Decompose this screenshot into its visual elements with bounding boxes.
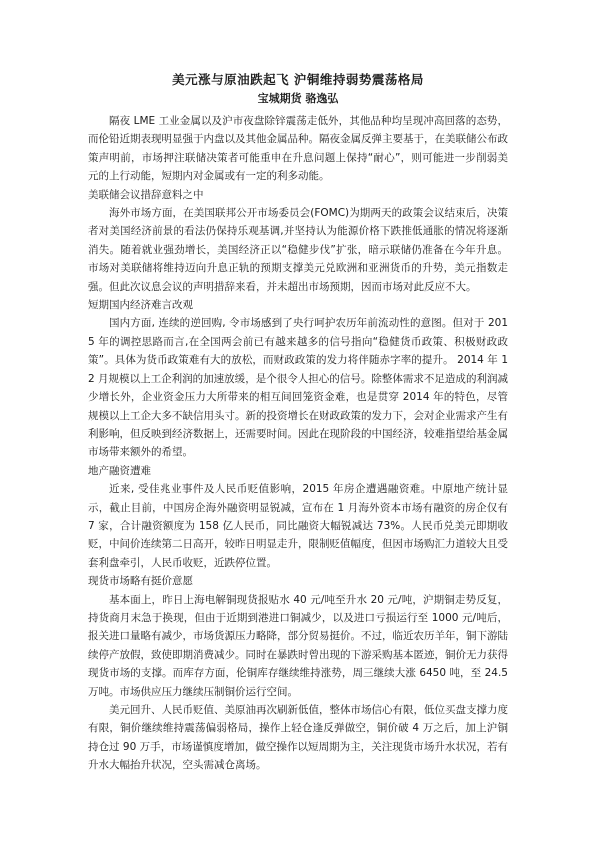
body-paragraph: 美元回升、人民币贬值、美原油再次刷新低值，整体市场信心有限，低位买盘支撑力度有限… <box>88 701 508 775</box>
section-heading: 地产融资遭难 <box>88 462 508 480</box>
document-page: 美元涨与原油跌起飞 沪铜维持弱势震荡格局 宝城期货 骆逸弘 隔夜 LME 工业金… <box>0 0 595 842</box>
section-heading: 短期国内经济难言改观 <box>88 296 508 314</box>
body-paragraph: 基本面上，昨日上海电解铜现货报贴水 40 元/吨至升水 20 元/吨，沪期铜走势… <box>88 591 508 701</box>
article: 美元涨与原油跌起飞 沪铜维持弱势震荡格局 宝城期货 骆逸弘 隔夜 LME 工业金… <box>88 70 508 775</box>
section-heading: 现货市场略有挺价意愿 <box>88 572 508 590</box>
body-paragraph: 海外市场方面，在美国联邦公开市场委员会(FOMC)为期两天的政策会议结束后，决策… <box>88 204 508 296</box>
section-heading: 美联储会议措辞意料之中 <box>88 186 508 204</box>
body-paragraph: 隔夜 LME 工业金属以及沪市夜盘除锌震荡走低外，其他品种均呈现冲高回落的态势，… <box>88 112 508 186</box>
article-byline: 宝城期货 骆逸弘 <box>88 90 508 107</box>
body-paragraph: 国内方面, 连续的逆回购, 令市场感到了央行呵护农历年前流动性的意图。但对于 2… <box>88 314 508 461</box>
article-title: 美元涨与原油跌起飞 沪铜维持弱势震荡格局 <box>88 70 508 89</box>
body-paragraph: 近来, 受佳兆业事件及人民币贬值影响，2015 年房企遭遇融资难。中原地产统计显… <box>88 480 508 572</box>
